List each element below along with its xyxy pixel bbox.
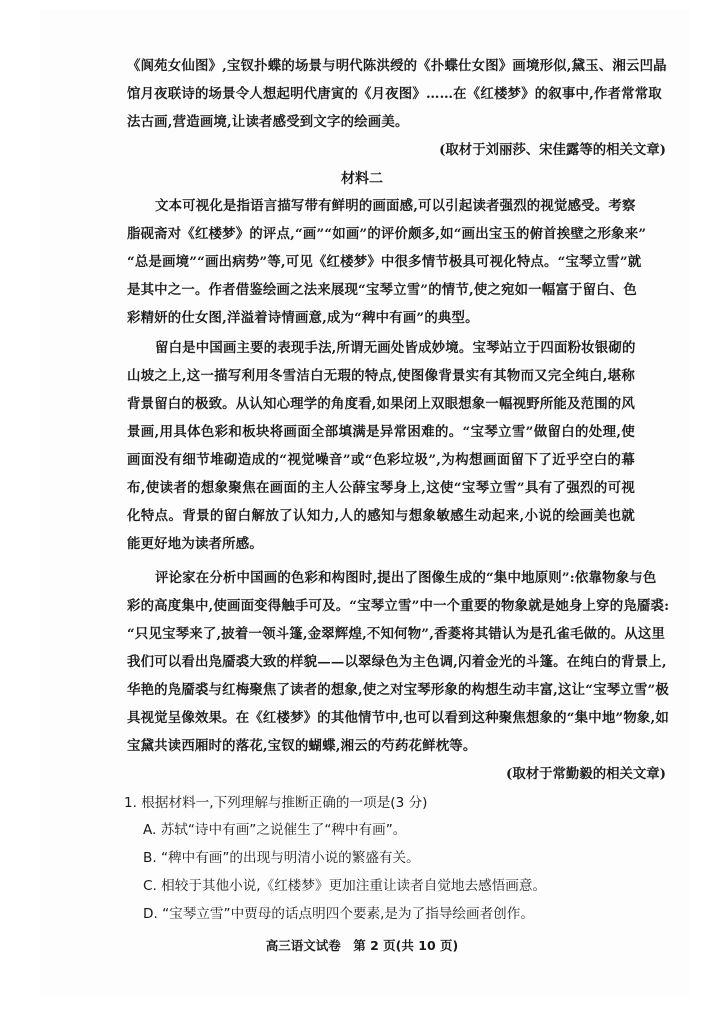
paragraph-line: 山坡之上,这一描写利用冬雪洁白无瑕的特点,使图像背景实有其物而又完全纯白,堪称 [127,367,635,385]
paragraph-line: 脂砚斋对《红楼梦》的评点,“画”“如画”的评价颇多,如“画出宝玉的俯首挨壁之形象… [127,225,635,243]
paragraph-line: 具视觉呈像效果。在《红楼梦》的其他情节中,也可以看到这种聚焦想象的“集中地”物象… [127,709,635,727]
option-c: C. 相较于其他小说,《红楼梦》更加注重让读者自觉地去感悟画意。 [143,877,546,895]
paragraph-line: 景画,用具体色彩和板块将画面全部填满是异常困难的。“宝琴立雪”做留白的处理,使 [127,423,635,441]
paragraph-line: 彩精妍的仕女图,洋溢着诗情画意,成为“稗中有画”的典型。 [127,309,635,327]
paragraph-line: 彩的高度集中,使画面变得触手可及。“宝琴立雪”中一个重要的物象就是她身上穿的凫靥… [127,597,635,615]
material1-line: 馆月夜联诗的场景令人想起明代唐寅的《月夜图》……在《红楼梦》的叙事中,作者常常取 [127,85,635,103]
paragraph-line: 文本可视化是指语言描写带有鲜明的画面感,可以引起读者强烈的视觉感受。考察 [155,197,635,215]
paragraph-line: 布,使读者的想象聚焦在画面的主人公薛宝琴身上,这使“宝琴立雪”具有了强烈的可视 [127,479,635,497]
option-d: D. “宝琴立雪”中贾母的话点明四个要素,是为了指导绘画者创作。 [143,905,534,923]
paragraph-line: 背景留白的极致。从认知心理学的角度看,如果闭上双眼想象一幅视野所能及范围的风 [127,395,635,413]
material1-line: 法古画,营造画境,让读者感受到文字的绘画美。 [127,113,635,131]
material1-line: 《阆苑女仙图》,宝钗扑蝶的场景与明代陈洪绶的《扑蝶仕女图》画境形似,黛玉、湘云凹… [127,57,635,75]
paragraph-line: 留白是中国画主要的表现手法,所谓无画处皆成妙境。宝琴站立于四面粉妆银砌的 [155,339,635,357]
paragraph-line: “只见宝琴来了,披着一领斗篷,金翠辉煌,不知何物”,香菱将其错认为是孔雀毛做的。… [127,625,635,643]
paragraph-line: 是其中之一。作者借鉴绘画之法来展现“宝琴立雪”的情节,使之宛如一幅富于留白、色 [127,281,635,299]
material2-source: (取材于常勤毅的相关文章) [506,765,666,783]
paragraph-line: 评论家在分析中国画的色彩和构图时,提出了图像生成的“集中地原则”:依靠物象与色 [155,569,635,587]
material1-source: (取材于刘丽莎、宋佳露等的相关文章) [439,141,666,159]
paragraph-line: 画面没有细节堆砌造成的“视觉噪音”或“色彩垃圾”,为构想画面留下了近乎空白的幕 [127,451,635,469]
option-b: B. “稗中有画”的出现与明清小说的繁盛有关。 [143,849,420,867]
material2-heading: 材料二 [0,170,724,188]
paragraph-line: 宝黛共读西厢时的落花,宝钗的蝴蝶,湘云的芍药花鲜枕等。 [127,737,635,755]
paragraph-line: 化特点。背景的留白解放了认知力,人的感知与想象敏感生动起来,小说的绘画美也就 [127,507,635,525]
paragraph-line: 华艳的凫靥裘与红梅聚焦了读者的想象,使之对宝琴形象的构想生动丰富,这让“宝琴立雪… [127,681,635,699]
paragraph-line: 能更好地为读者所感。 [127,535,635,553]
question-stem: 1. 根据材料一,下列理解与推断正确的一项是(3 分) [124,794,427,812]
page-footer: 高三语文试卷 第 2 页(共 10 页) [0,938,724,954]
option-a: A. 苏轼“诗中有画”之说催生了“稗中有画”。 [143,821,406,839]
paragraph-line: 我们可以看出凫靥裘大致的样貌——以翠绿色为主色调,闪着金光的斗篷。在纯白的背景上… [127,653,635,671]
paragraph-line: “总是画境”“画出病势”等,可见《红楼梦》中很多情节极具可视化特点。“宝琴立雪”… [127,253,635,271]
